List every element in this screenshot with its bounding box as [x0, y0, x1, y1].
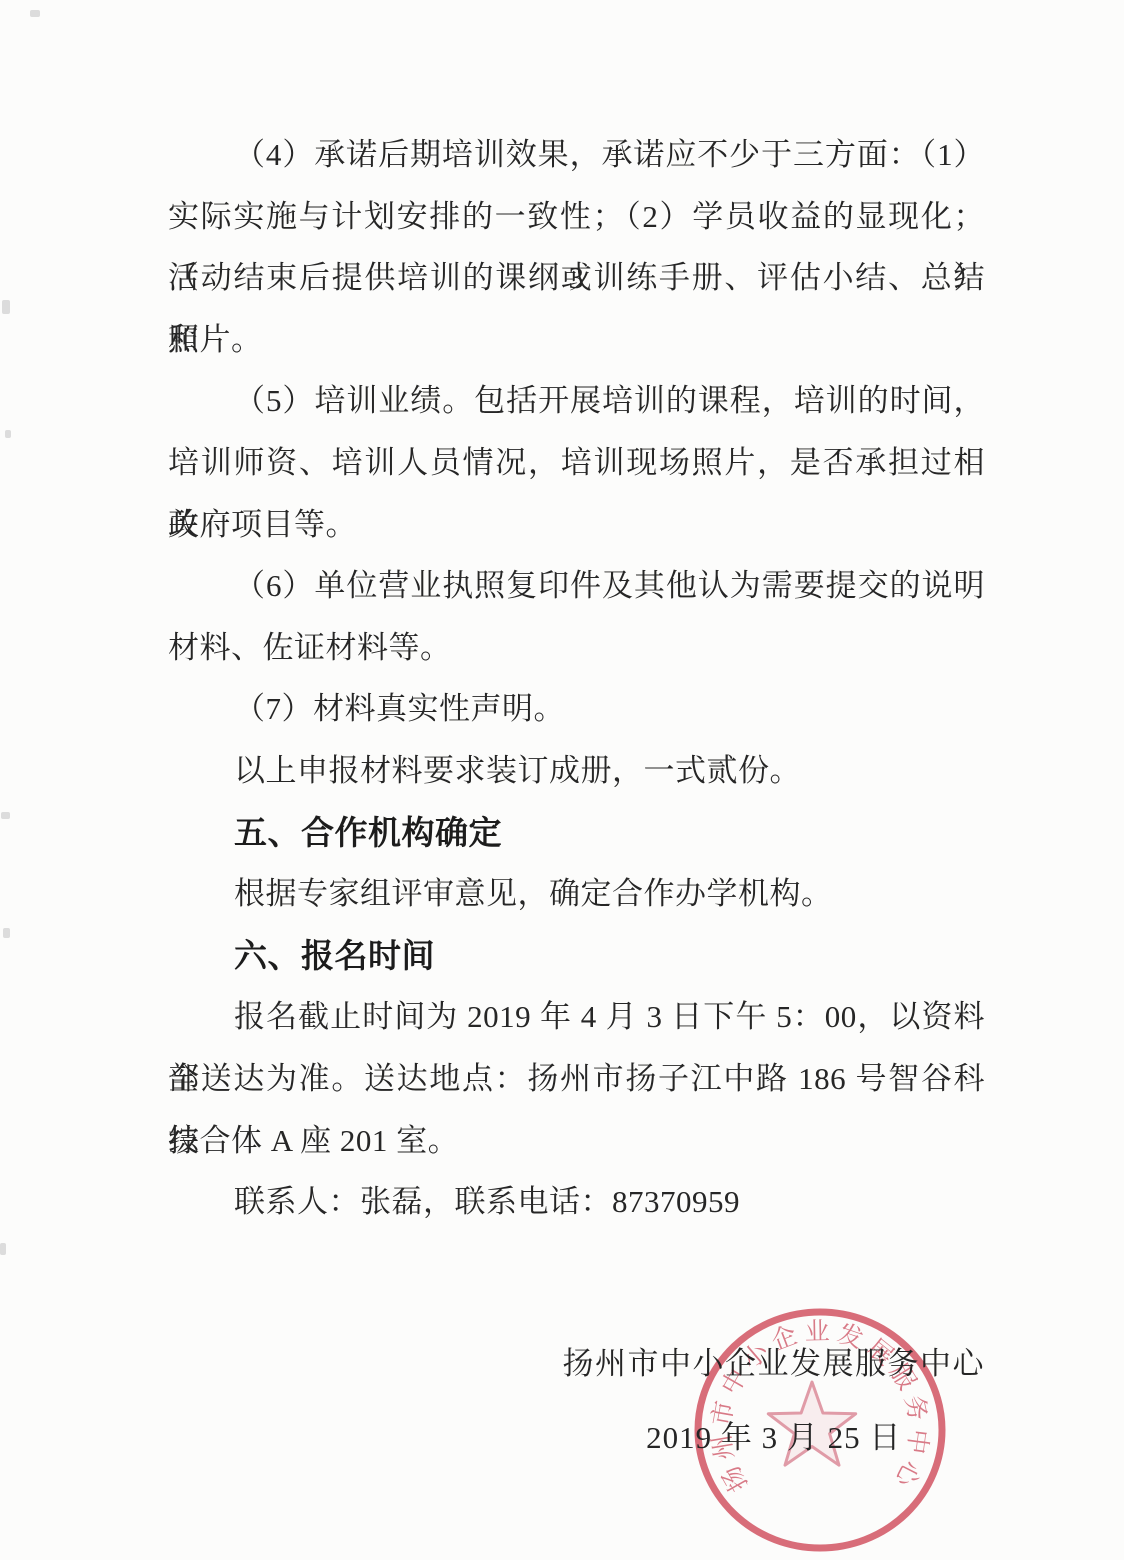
body-line: 照片。	[168, 309, 985, 371]
section-heading-5: 五、合作机构确定	[168, 802, 985, 864]
body-line: 部送达为准。送达地点：扬州市扬子江中路 186 号智谷科技	[168, 1048, 985, 1110]
body-line: （7）材料真实性声明。	[168, 678, 985, 740]
body-line: 根据专家组评审意见，确定合作办学机构。	[168, 863, 985, 925]
scan-artifact	[2, 300, 10, 314]
document-page: （4）承诺后期培训效果，承诺应不少于三方面：（1） 实际实施与计划安排的一致性；…	[0, 0, 1124, 1560]
scan-artifact	[1, 812, 10, 819]
signature-org: 扬州市中小企业发展服务中心	[563, 1342, 986, 1386]
document-body: （4）承诺后期培训效果，承诺应不少于三方面：（1） 实际实施与计划安排的一致性；…	[168, 124, 985, 1233]
section-heading-6: 六、报名时间	[168, 925, 985, 987]
body-line: 实际实施与计划安排的一致性；（2）学员收益的显现化；（3）	[168, 186, 985, 248]
body-line: （6）单位营业执照复印件及其他认为需要提交的说明	[168, 555, 985, 617]
scan-artifact	[30, 10, 40, 17]
signature-date: 2019 年 3 月 25 日	[563, 1416, 986, 1460]
body-line: 综合体 A 座 201 室。	[168, 1110, 985, 1172]
body-line: 报名截止时间为 2019 年 4 月 3 日下午 5：00，以资料全	[168, 986, 985, 1048]
body-line: 政府项目等。	[168, 494, 985, 556]
body-line: 以上申报材料要求装订成册，一式贰份。	[168, 740, 985, 802]
scan-artifact	[5, 430, 11, 438]
body-line: （4）承诺后期培训效果，承诺应不少于三方面：（1）	[168, 124, 985, 186]
body-line: 培训师资、培训人员情况，培训现场照片，是否承担过相关	[168, 432, 985, 494]
scan-artifact	[3, 928, 10, 938]
body-line: （5）培训业绩。包括开展培训的课程，培训的时间，	[168, 370, 985, 432]
scan-artifact	[0, 1243, 6, 1255]
body-line: 材料、佐证材料等。	[168, 617, 985, 679]
contact-line: 联系人：张磊，联系电话：87370959	[168, 1171, 985, 1233]
signature-block: 扬州市中小企业发展服务中心 2019 年 3 月 25 日	[563, 1342, 986, 1460]
body-line: 活动结束后提供培训的课纲或训练手册、评估小结、总结和	[168, 247, 985, 309]
